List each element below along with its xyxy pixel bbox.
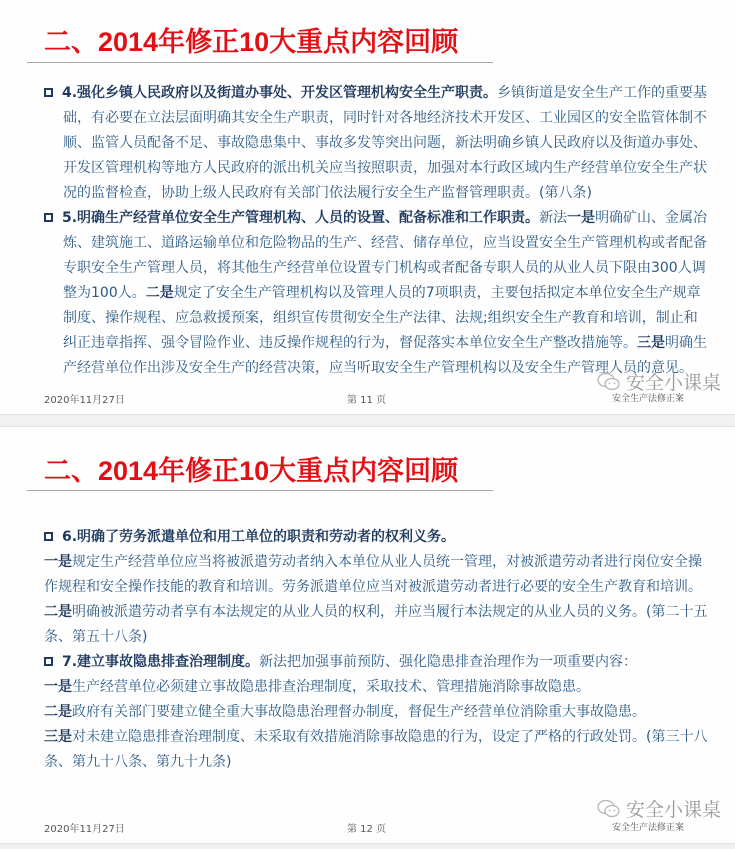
item-6: 6.明确了劳务派遣单位和用工单位的职责和劳动者的权利义务。 xyxy=(44,525,709,550)
item-6-line-2: 二是明确被派遣劳动者享有本法规定的从业人员的权利，并应当履行本法规定的从业人员的… xyxy=(44,600,709,650)
item-text: 新法 xyxy=(539,210,567,226)
item-text: 明确被派遣劳动者享有本法规定的从业人员的权利，并应当履行本法规定的从业人员的义务… xyxy=(44,604,707,645)
item-heading: 6.明确了劳务派遣单位和用工单位的职责和劳动者的权利义务。 xyxy=(62,529,455,545)
emphasis: 二是 xyxy=(44,604,72,620)
item-7: 7.建立事故隐患排查治理制度。新法把加强事前预防、强化隐患排查治理作为一项重要内… xyxy=(44,650,709,675)
item-text: 规定生产经营单位应当将被派遣劳动者纳入本单位从业人员统一管理，对被派遣劳动者进行… xyxy=(44,554,702,595)
item-7-line-1: 一是生产经营单位必须建立事故隐患排查治理制度，采取技术、管理措施消除事故隐患。 xyxy=(44,675,709,700)
wechat-icon xyxy=(596,371,622,393)
footer-document-title: 安全生产法修正案 xyxy=(612,391,684,404)
slide-title: 二、2014年修正10大重点内容回顾 xyxy=(44,449,458,488)
item-text: 乡镇街道是安全生产工作的重要基础，有必要在立法层面明确其安全生产职责，同时针对各… xyxy=(63,85,707,201)
item-text: 对未建立隐患排查治理制度、未采取有效措施消除事故隐患的行为，设定了严格的行政处罚… xyxy=(44,729,707,770)
emphasis: 一是 xyxy=(567,210,595,226)
slide-page-12: 二、2014年修正10大重点内容回顾 6.明确了劳务派遣单位和用工单位的职责和劳… xyxy=(0,426,735,844)
item-text: 政府有关部门要建立健全重大事故隐患治理督办制度，督促生产经营单位消除重大事故隐患… xyxy=(72,704,646,720)
item-7-line-3: 三是对未建立隐患排查治理制度、未采取有效措施消除事故隐患的行为，设定了严格的行政… xyxy=(44,725,709,775)
title-divider xyxy=(27,490,493,491)
slide-title: 二、2014年修正10大重点内容回顾 xyxy=(44,20,458,59)
square-bullet-icon xyxy=(44,88,53,97)
item-heading: 4.强化乡镇人民政府以及街道办事处、开发区管理机构安全生产职责。 xyxy=(62,85,497,101)
emphasis: 二是 xyxy=(44,704,72,720)
item-heading: 5.明确生产经营单位安全生产管理机构、人员的设置、配备标准和工作职责。 xyxy=(62,210,539,226)
watermark: 安全小课桌 xyxy=(596,795,721,822)
item-5: 5.明确生产经营单位安全生产管理机构、人员的设置、配备标准和工作职责。新法一是明… xyxy=(44,206,709,381)
emphasis: 一是 xyxy=(44,554,72,570)
emphasis: 二是 xyxy=(146,285,174,301)
footer-date: 2020年11月27日 xyxy=(44,391,125,406)
emphasis: 一是 xyxy=(44,679,72,695)
slide-body: 6.明确了劳务派遣单位和用工单位的职责和劳动者的权利义务。 一是规定生产经营单位… xyxy=(44,525,709,775)
square-bullet-icon xyxy=(44,532,53,541)
emphasis: 三是 xyxy=(44,729,72,745)
title-divider xyxy=(27,62,493,63)
watermark-text: 安全小课桌 xyxy=(626,795,721,822)
square-bullet-icon xyxy=(44,657,53,666)
footer-date: 2020年11月27日 xyxy=(44,820,125,835)
slide-body: 4.强化乡镇人民政府以及街道办事处、开发区管理机构安全生产职责。乡镇街道是安全生… xyxy=(44,81,709,381)
item-text: 生产经营单位必须建立事故隐患排查治理制度，采取技术、管理措施消除事故隐患。 xyxy=(72,679,590,695)
item-intro: 新法把加强事前预防、强化隐患排查治理作为一项重要内容： xyxy=(259,654,637,670)
footer-document-title: 安全生产法修正案 xyxy=(612,820,684,833)
footer-page-number: 第 11 页 xyxy=(347,391,386,406)
item-7-line-2: 二是政府有关部门要建立健全重大事故隐患治理督办制度，督促生产经营单位消除重大事故… xyxy=(44,700,709,725)
item-6-line-1: 一是规定生产经营单位应当将被派遣劳动者纳入本单位从业人员统一管理，对被派遣劳动者… xyxy=(44,550,709,600)
emphasis: 三是 xyxy=(637,335,665,351)
wechat-icon xyxy=(596,798,622,820)
item-heading: 7.建立事故隐患排查治理制度。 xyxy=(62,654,259,670)
footer-page-number: 第 12 页 xyxy=(347,820,386,835)
square-bullet-icon xyxy=(44,213,53,222)
slide-page-11: 二、2014年修正10大重点内容回顾 4.强化乡镇人民政府以及街道办事处、开发区… xyxy=(0,0,735,415)
item-4: 4.强化乡镇人民政府以及街道办事处、开发区管理机构安全生产职责。乡镇街道是安全生… xyxy=(44,81,709,206)
